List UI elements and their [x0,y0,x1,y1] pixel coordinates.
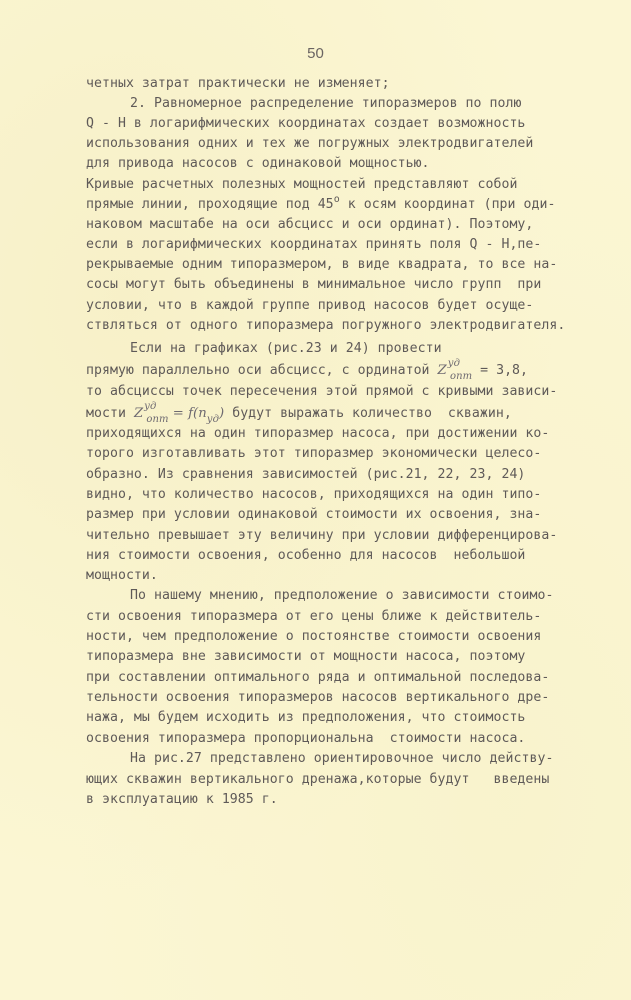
text-line: сти освоения типоразмера от его цены бли… [86,609,541,625]
text-line: освоения типоразмера пропорциональна сто… [86,731,525,747]
text-line: рекрываемые одним типоразмером, в виде к… [86,257,557,273]
text-line: использования одних и тех же погружных э… [86,136,533,152]
text-line: Q - H в логарифмических координатах созд… [86,116,525,132]
text-line: для привода насосов с одинаковой мощност… [86,156,430,172]
text-span: = 3,8, [472,363,528,378]
formula-subscript: опт [146,414,168,425]
text-line: чительно превышает эту величину при усло… [86,528,557,544]
text-line: Кривые расчетных полезных мощностей пред… [86,177,517,193]
text-line: тельности освоения типоразмеров насосов … [86,690,549,706]
formula-symbol: Z [134,406,143,421]
text-span: к осям координат (при оди- [340,197,556,212]
text-line: На рис.27 представлено ориентировочное ч… [130,751,553,767]
text-line: в эксплуатацию к 1985 г. [86,792,278,808]
document-page: 50 четных затрат практически не изменяет… [0,0,631,1000]
page-number: 50 [0,45,631,62]
text-line: приходящихся на один типоразмер насоса, … [86,426,549,442]
text-line: ствляться от одного типоразмера погружно… [86,318,565,334]
formula-function: = f(n [173,406,207,421]
text-line: типоразмера вне зависимости от мощности … [86,649,525,665]
formula-paren: ) [219,406,224,421]
text-span: будут выражать количество скважин, [224,406,512,421]
formula-subscript: опт [450,371,472,382]
text-span: прямую параллельно оси абсцисс, с ордина… [86,363,438,378]
text-line: образно. Из сравнения зависимостей (рис.… [86,467,525,483]
text-line: мощности. [86,568,158,584]
text-line: нажа, мы будем исходить из предположения… [86,710,525,726]
text-line: то абсциссы точек пересечения этой прямо… [86,384,557,400]
text-line: сосы могут быть объединены в минимальное… [86,277,541,293]
formula-symbol: Z [438,363,447,378]
text-line: торого изготавливать этот типоразмер эко… [86,446,541,462]
text-line: ности, чем предположение о постоянстве с… [86,629,541,645]
text-line: мости Zудопт = f(nуд) будут выражать кол… [86,406,512,423]
text-line: если в логарифмических координатах приня… [86,237,541,253]
formula-z-opt: Zудопт [438,363,473,378]
formula-subscript: уд [207,414,219,425]
text-line: Если на графиках (рис.23 и 24) провести [130,341,442,357]
text-line: условии, что в каждой группе привод насо… [86,298,533,314]
text-line: наковом масштабе на оси абсцисс и оси ор… [86,217,533,233]
formula-z-function: Zудопт = f(nуд) [134,406,224,421]
text-span: прямые линии, проходящие под 45 [86,197,334,212]
text-line: четных затрат практически не изменяет; [86,76,390,92]
degree-symbol: o [334,194,340,205]
text-line: при составлении оптимального ряда и опти… [86,670,549,686]
text-line: видно, что количество насосов, приходящи… [86,487,541,503]
text-line: прямую параллельно оси абсцисс, с ордина… [86,363,528,380]
text-line: размер при условии одинаковой стоимости … [86,507,541,523]
formula-superscript: уд [144,401,156,412]
text-line: По нашему мнению, предположение о зависи… [130,588,553,604]
text-line: ющих скважин вертикального дренажа,котор… [86,772,549,788]
text-span: мости [86,406,134,421]
text-line: ния стоимости освоения, особенно для нас… [86,548,525,564]
text-line: 2. Равномерное распределение типоразмеро… [130,96,522,112]
text-line: прямые линии, проходящие под 45o к осям … [86,197,555,214]
formula-superscript: уд [448,358,460,369]
